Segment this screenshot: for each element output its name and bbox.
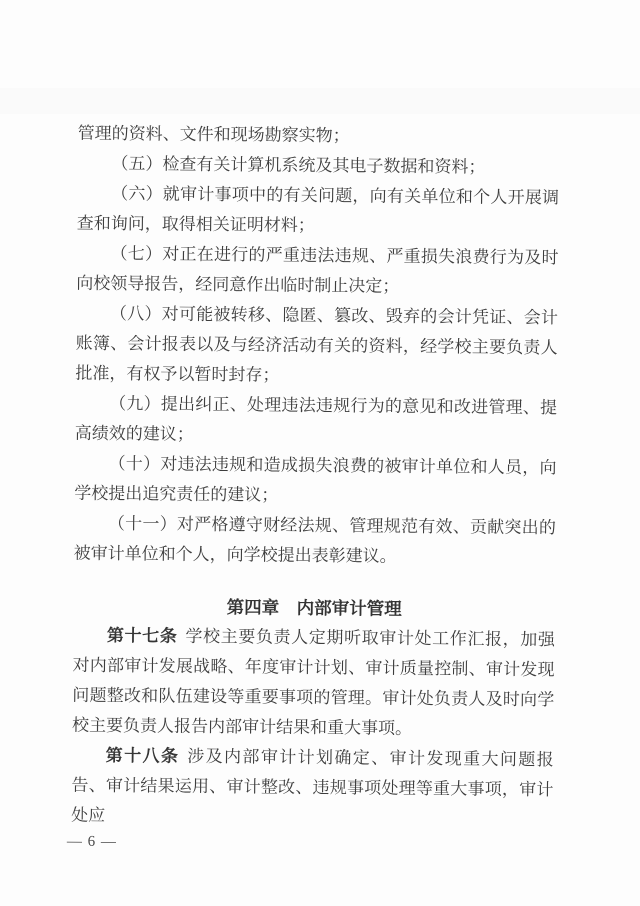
paragraph-item: （九）提出纠正、处理违法违规行为的意见和改进管理、提高绩效的建议； <box>75 389 558 454</box>
paragraph-article: 第十七条学校主要负责人定期听取审计处工作汇报，加强对内部审计发展战略、年度审计计… <box>72 621 555 746</box>
paragraph-item: （五）检查有关计算机系统及其电子数据和资料； <box>77 149 559 184</box>
paragraph-item: （十）对违法违规和造成损失浪费的被审计单位和人员，向学校提出追究责任的建议； <box>74 449 557 514</box>
page-number: — 6 — <box>67 834 117 851</box>
paragraph-item: （七）对正在进行的严重违法违规、严重损失浪费行为及时向校领导报告，经同意作出临时… <box>76 239 559 304</box>
paragraph-article: 第十八条涉及内部审计计划确定、审计发现重大问题报告、审计结果运用、审计整改、违规… <box>71 741 554 836</box>
paragraph-item: （六）就审计事项中的有关问题，向有关单位和个人开展调查和询问，取得相关证明材料； <box>77 179 560 244</box>
document-page: 管理的资料、文件和现场勘察实物；（五）检查有关计算机系统及其电子数据和资料；（六… <box>0 0 640 906</box>
document-body: 管理的资料、文件和现场勘察实物；（五）检查有关计算机系统及其电子数据和资料；（六… <box>71 119 560 836</box>
paragraph-item: （十一）对严格遵守财经法规、管理规范有效、贡献突出的被审计单位和个人，向学校提出… <box>74 509 557 574</box>
article-number: 第十七条 <box>107 626 178 646</box>
paragraph-item: （八）对可能被转移、隐匿、篡改、毁弃的会计凭证、会计账簿、会计报表以及与经济活动… <box>75 299 558 394</box>
chapter-heading: 第四章 内部审计管理 <box>73 591 555 626</box>
paragraph-continuation: 管理的资料、文件和现场勘察实物； <box>78 119 560 154</box>
article-number: 第十八条 <box>106 746 180 766</box>
